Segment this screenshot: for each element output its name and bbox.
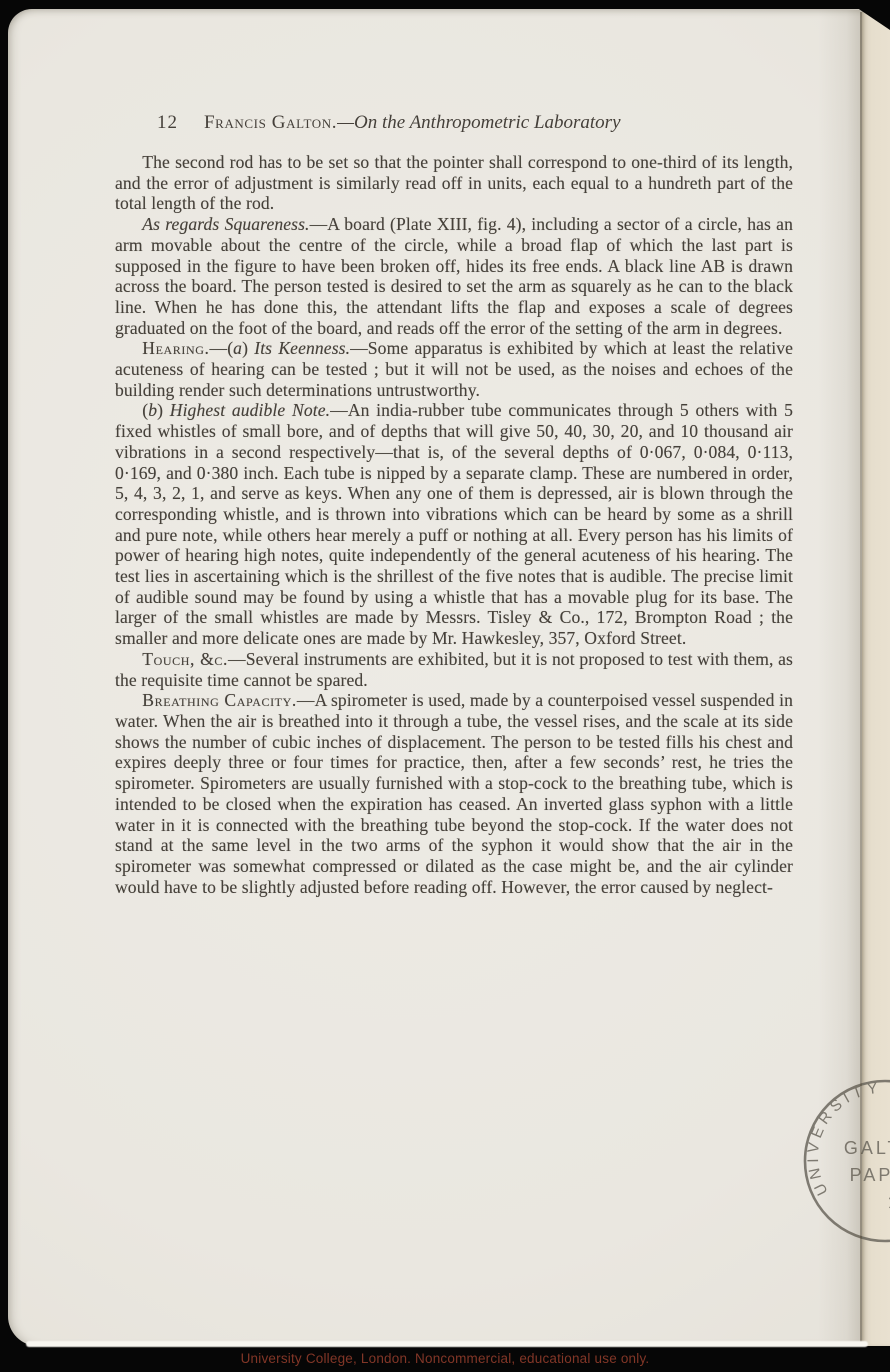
italic-run: b	[148, 400, 157, 420]
body-text: The second rod has to be set so that the…	[115, 152, 793, 897]
smallcaps-run: Breathing Capacity.	[142, 690, 297, 710]
page-number: 12	[115, 112, 178, 133]
paragraph: Hearing.—(a) Its Keenness.—Some apparatu…	[115, 338, 793, 400]
text-run: )	[242, 338, 254, 358]
text-run: —A spirometer is used, made by a counter…	[115, 690, 793, 896]
archive-stamp: UNIVERSITY COLL GALTON PAPER 18	[798, 1074, 890, 1254]
paragraph: The second rod has to be set so that the…	[115, 152, 793, 214]
italic-run: Its Keenness.	[254, 338, 350, 358]
stamp-line-paper: PAPER	[850, 1165, 890, 1185]
paragraph: As regards Squareness.—A board (Plate XI…	[115, 214, 793, 338]
stamp-line-year: 18	[885, 1189, 890, 1212]
header-author: Francis Galton.	[204, 112, 337, 133]
paragraph: Breathing Capacity.—A spirometer is used…	[115, 690, 793, 897]
running-header: 12Francis Galton.—On the Anthropometric …	[115, 112, 791, 134]
smallcaps-run: Hearing.	[142, 338, 209, 358]
attribution-caption: University College, London. Noncommercia…	[0, 1351, 890, 1366]
italic-run: Highest audible Note.	[170, 400, 330, 420]
text-run: The second rod has to be set so that the…	[115, 152, 793, 213]
stamp-line-galton: GALTON	[844, 1138, 890, 1158]
italic-run: As regards Squareness.	[142, 214, 309, 234]
paragraph: (b) Highest audible Note.—An india-rubbe…	[115, 400, 793, 648]
paragraph: Touch, &c.—Several instruments are exhib…	[115, 649, 793, 690]
text-run: )	[157, 400, 170, 420]
text-run: —An india-rubber tube communicates throu…	[115, 400, 793, 648]
page-bottom-edge	[26, 1341, 868, 1347]
italic-run: a	[233, 338, 242, 358]
scanned-page: 12Francis Galton.—On the Anthropometric …	[0, 0, 890, 1372]
header-title: —On the Anthropometric Laboratory	[337, 112, 620, 133]
smallcaps-run: Touch, &c.	[142, 649, 228, 669]
text-run: —(	[210, 338, 234, 358]
